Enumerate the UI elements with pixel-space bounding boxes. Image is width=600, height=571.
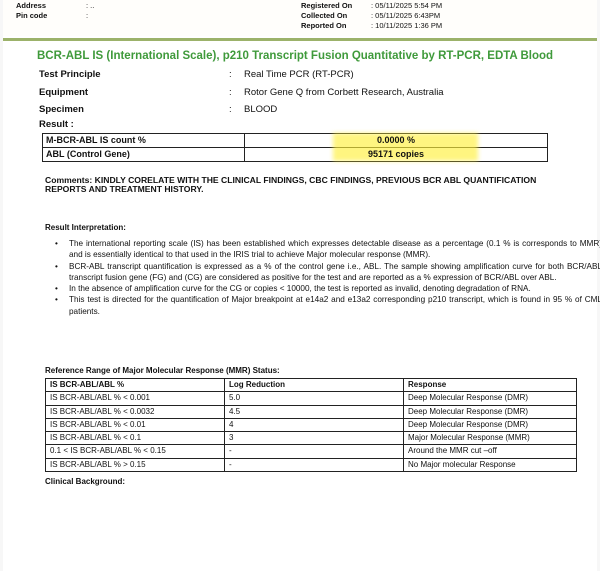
comments: Comments: KINDLY CORELATE WITH THE CLINI… (45, 176, 565, 194)
table-row: IS BCR-ABL/ABL % > 0.15 - No Major molec… (46, 458, 577, 471)
reference-title: Reference Range of Major Molecular Respo… (45, 366, 280, 375)
result-table: M-BCR-ABL IS count % 0.0000 % ABL (Contr… (42, 133, 548, 162)
table-cell: - (225, 445, 404, 458)
table-cell: - (225, 458, 404, 471)
registered-label: Registered On (301, 1, 352, 11)
specimen-value: BLOOD (244, 104, 277, 115)
table-cell: IS BCR-ABL/ABL % < 0.01 (46, 418, 225, 431)
result-value: 95171 copies (368, 149, 424, 159)
table-cell: 4 (225, 418, 404, 431)
result-label: ABL (Control Gene) (43, 148, 245, 162)
result-heading: Result : (39, 119, 74, 130)
table-row: M-BCR-ABL IS count % 0.0000 % (43, 134, 548, 148)
table-cell: No Major molecular Response (404, 458, 577, 471)
report-page: Address : .. Pin code : Registered On : … (3, 0, 597, 571)
reference-table: IS BCR-ABL/ABL % Log Reduction Response … (45, 378, 577, 472)
table-cell: Major Molecular Response (MMR) (404, 432, 577, 445)
equipment-label: Equipment (39, 87, 88, 98)
table-cell: 5.0 (225, 392, 404, 405)
colon: : (229, 69, 232, 80)
result-value-cell: 0.0000 % (245, 134, 548, 148)
table-cell: IS BCR-ABL/ABL % > 0.15 (46, 458, 225, 471)
table-cell: IS BCR-ABL/ABL % < 0.001 (46, 392, 225, 405)
table-row: IS BCR-ABL/ABL % < 0.01 4 Deep Molecular… (46, 418, 577, 431)
column-header: Log Reduction (225, 379, 404, 392)
table-cell: Deep Molecular Response (DMR) (404, 405, 577, 418)
table-cell: IS BCR-ABL/ABL % < 0.0032 (46, 405, 225, 418)
address-label: Address (16, 1, 46, 11)
table-row: 0.1 < IS BCR-ABL/ABL % < 0.15 - Around t… (46, 445, 577, 458)
reported-label: Reported On (301, 21, 346, 31)
reported-value: : 10/11/2025 1:36 PM (371, 21, 442, 31)
column-header: Response (404, 379, 577, 392)
result-label: M-BCR-ABL IS count % (43, 134, 245, 148)
list-item: In the absence of amplification curve fo… (69, 283, 600, 294)
colon: : (229, 87, 232, 98)
list-item: BCR-ABL transcript quantification is exp… (69, 261, 600, 284)
table-cell: 3 (225, 432, 404, 445)
table-row: IS BCR-ABL/ABL % < 0.001 5.0 Deep Molecu… (46, 392, 577, 405)
table-row: ABL (Control Gene) 95171 copies (43, 148, 548, 162)
specimen-label: Specimen (39, 104, 84, 115)
collected-label: Collected On (301, 11, 347, 21)
test-title: BCR-ABL IS (International Scale), p210 T… (37, 50, 553, 62)
table-row: IS BCR-ABL/ABL % < 0.0032 4.5 Deep Molec… (46, 405, 577, 418)
clinical-background-heading: Clinical Background: (45, 477, 125, 486)
test-principle-label: Test Principle (39, 69, 101, 80)
header-separator (3, 38, 597, 41)
patient-header: Address : .. Pin code : Registered On : … (3, 0, 597, 36)
test-principle-value: Real Time PCR (RT-PCR) (244, 69, 354, 80)
table-row: IS BCR-ABL/ABL % < 0.1 3 Major Molecular… (46, 432, 577, 445)
table-cell: IS BCR-ABL/ABL % < 0.1 (46, 432, 225, 445)
colon: : (229, 104, 232, 115)
table-cell: Deep Molecular Response (DMR) (404, 392, 577, 405)
table-cell: 0.1 < IS BCR-ABL/ABL % < 0.15 (46, 445, 225, 458)
table-cell: 4.5 (225, 405, 404, 418)
registered-value: : 05/11/2025 5:54 PM (371, 1, 442, 11)
pincode-label: Pin code (16, 11, 47, 21)
result-value: 0.0000 % (377, 135, 415, 145)
table-cell: Around the MMR cut –off (404, 445, 577, 458)
list-item: The international reporting scale (IS) h… (69, 238, 600, 261)
collected-value: : 05/11/2025 6:43PM (371, 11, 440, 21)
column-header: IS BCR-ABL/ABL % (46, 379, 225, 392)
result-value-cell: 95171 copies (245, 148, 548, 162)
interpretation-title: Result Interpretation: (45, 223, 126, 232)
interpretation-list: The international reporting scale (IS) h… (53, 238, 600, 317)
table-header-row: IS BCR-ABL/ABL % Log Reduction Response (46, 379, 577, 392)
pincode-value: : (86, 11, 88, 21)
address-value: : .. (86, 1, 94, 11)
equipment-value: Rotor Gene Q from Corbett Research, Aust… (244, 87, 444, 98)
table-cell: Deep Molecular Response (DMR) (404, 418, 577, 431)
list-item: This test is directed for the quantifica… (69, 294, 600, 317)
